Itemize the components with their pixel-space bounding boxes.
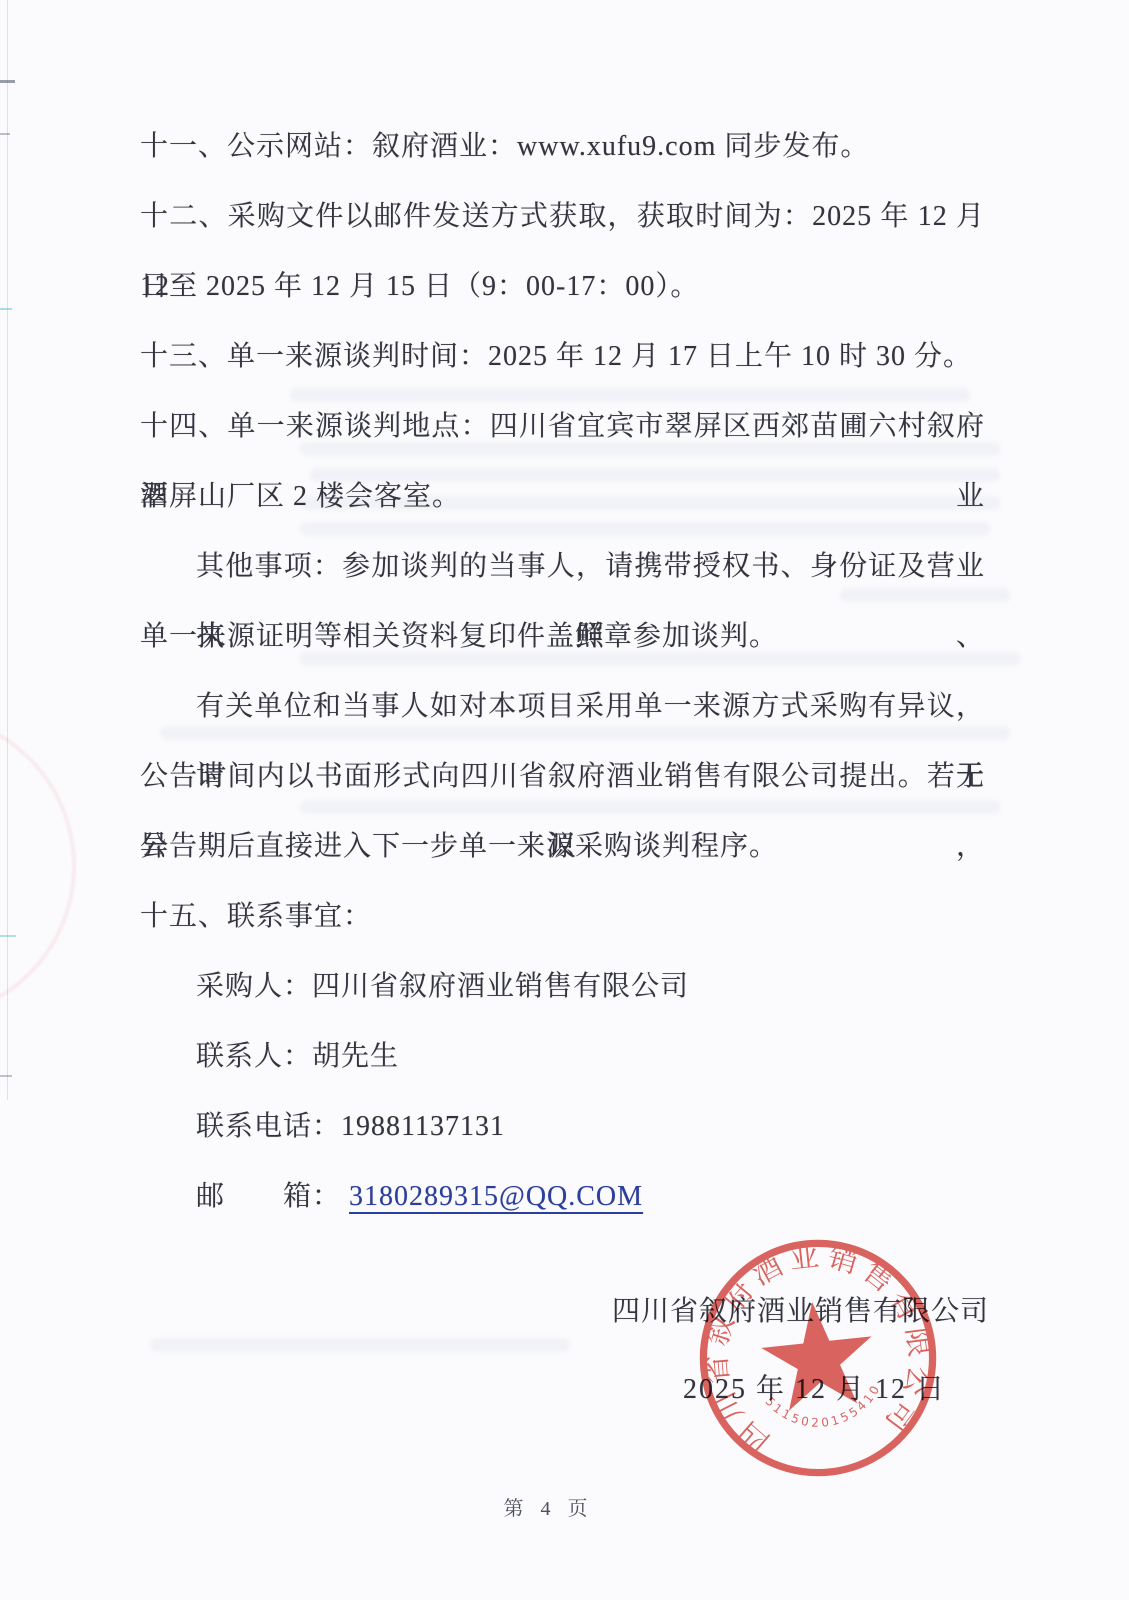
body-line: 十四、单一来源谈判地点：四川省宜宾市翠屏区西郊苗圃六村叙府酒业 <box>140 392 985 462</box>
scan-artifact <box>0 308 12 310</box>
company-seal: 四川省叙府酒业销售有限公司 5115020155410 <box>681 1221 956 1496</box>
body-line: 联系人：胡先生 <box>140 1022 985 1092</box>
page-number: 第 4 页 <box>0 1492 1113 1521</box>
seal-code: 5115020155410 <box>761 1380 887 1436</box>
document-body: 十一、公示网站：叙府酒业：www.xufu9.com 同步发布。 十二、采购文件… <box>140 112 985 1232</box>
email-label: 邮箱： <box>196 1181 341 1212</box>
scan-artifact <box>0 80 15 83</box>
body-line: 公告时间内以书面形式向四川省叙府酒业销售有限公司提出。若无异议， <box>140 742 985 812</box>
body-line: 采购人：四川省叙府酒业销售有限公司 <box>140 952 985 1022</box>
bleedthrough-seal-ring <box>0 712 76 1020</box>
body-line: 十三、单一来源谈判时间：2025 年 12 月 17 日上午 10 时 30 分… <box>140 322 985 392</box>
document-page: 十一、公示网站：叙府酒业：www.xufu9.com 同步发布。 十二、采购文件… <box>0 0 1129 1600</box>
email-link[interactable]: 3180289315@QQ.COM <box>349 1181 643 1212</box>
scan-artifact <box>0 1075 12 1077</box>
seal-star-icon <box>757 1296 878 1413</box>
scan-artifact <box>0 133 10 135</box>
body-line: 十二、采购文件以邮件发送方式获取，获取时间为：2025 年 12 月 12 <box>140 182 985 252</box>
email-line: 邮箱： 3180289315@QQ.COM <box>140 1162 985 1232</box>
body-line: 十五、联系事宜： <box>140 882 985 952</box>
body-line: 十一、公示网站：叙府酒业：www.xufu9.com 同步发布。 <box>140 112 985 182</box>
body-line: 其他事项：参加谈判的当事人，请携带授权书、身份证及营业执照、 <box>140 532 985 602</box>
bleedthrough-smudge <box>150 1338 570 1352</box>
body-line: 有关单位和当事人如对本项目采用单一来源方式采购有异议，请于 <box>140 672 985 742</box>
body-line: 联系电话：19881137131 <box>140 1092 985 1162</box>
body-line: 日至 2025 年 12 月 15 日（9：00-17：00）。 <box>140 252 985 322</box>
